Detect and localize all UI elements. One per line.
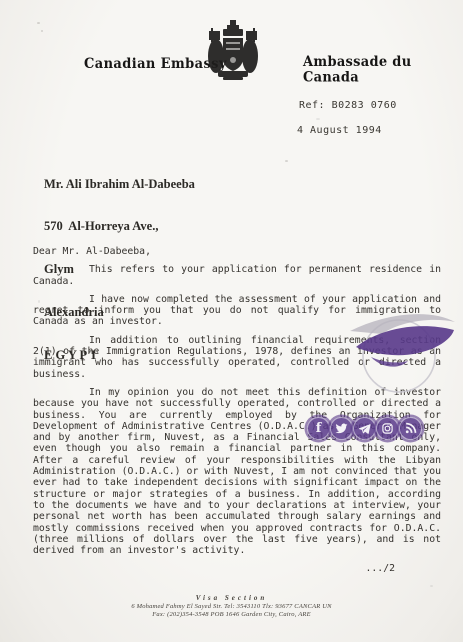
reference-number: Ref: B0283 0760 [299,100,397,111]
canada-coat-of-arms-icon [197,20,269,82]
embassy-title-french: Ambassade du Canada [303,54,463,86]
letter-footer: Visa Section 6 Mohamed Fahmy El Sayed St… [0,594,463,618]
paragraph-1: This refers to your application for perm… [33,264,441,287]
telegram-icon [353,417,376,440]
letter-body: Dear Mr. Al-Dabeeba, This refers to your… [33,246,441,582]
recipient-street: 570 Al-Horreya Ave., [44,219,195,233]
letter-date: 4 August 1994 [297,125,382,136]
page-continuation-marker: .../2 [33,563,441,574]
footer-fax-line: Fax: (202)354-3548 POB 1646 Garden City,… [0,611,463,618]
salutation: Dear Mr. Al-Dabeeba, [33,246,441,257]
rss-icon [399,417,422,440]
paragraph-4: In my opinion you do not meet this defin… [33,387,441,556]
footer-visa-section: Visa Section [0,594,463,602]
recipient-name: Mr. Ali Ibrahim Al-Dabeeba [44,177,195,191]
paragraph-3: In addition to outlining financial requi… [33,335,441,380]
paragraph-2: I have now completed the assessment of y… [33,294,441,328]
instagram-icon [376,417,399,440]
twitter-icon [330,417,353,440]
footer-address-line: 6 Mohamed Fahmy El Sayed Str. Tel: 35431… [0,603,463,610]
facebook-icon: f [307,417,330,440]
scanned-letter-page: Canadian Embassy Ambassade du Canada Ref… [0,0,463,642]
